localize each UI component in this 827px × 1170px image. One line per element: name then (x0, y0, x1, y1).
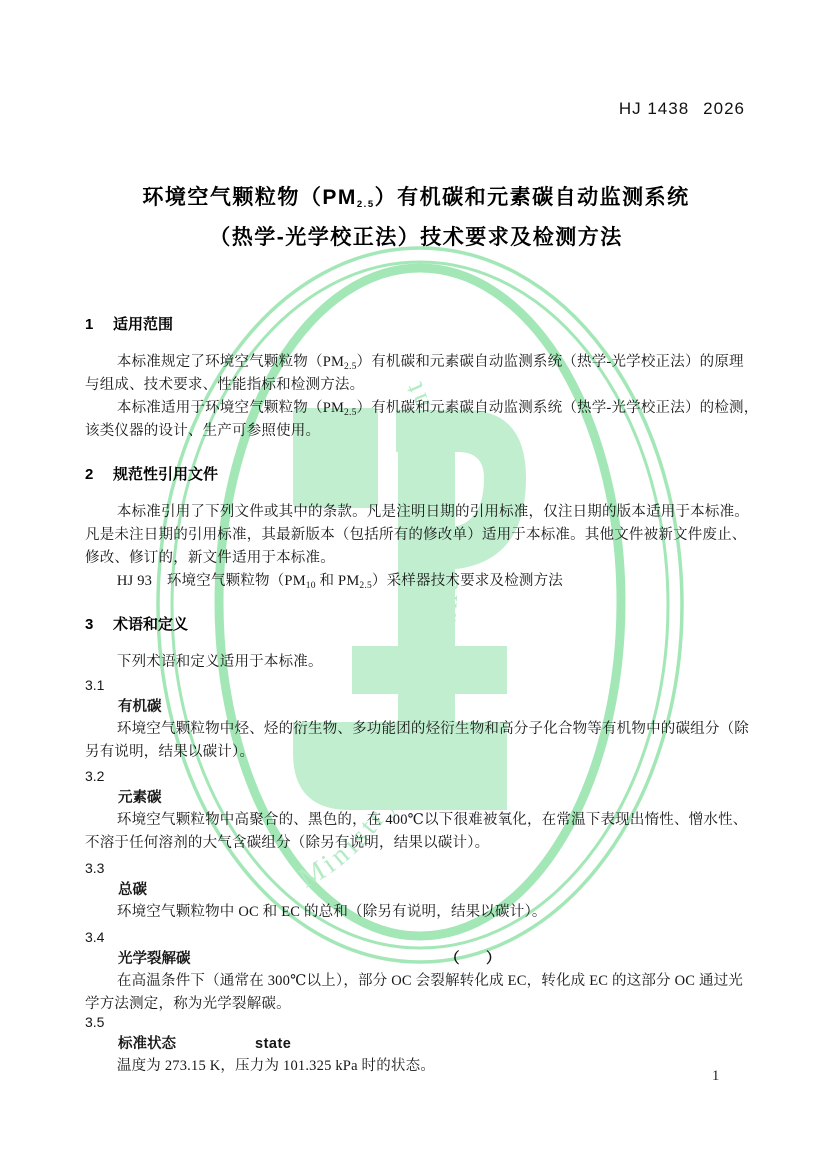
section-3-title: 术语和定义 (113, 616, 188, 633)
term-definition-line: 温度为 273.15 K，压力为 101.325 kPa 时的状态。 (85, 1055, 747, 1078)
paragraph-line: 与组成、技术要求、性能指标和检测方法。 (85, 374, 747, 397)
paragraph-line: 修改、修订的，新文件适用于本标准。 (85, 547, 747, 570)
section-1-title: 适用范围 (113, 316, 173, 333)
term-name: 标准状态state (85, 1033, 747, 1055)
term-definition-line: 不溶于任何溶剂的大气含碳组分（除另有说明，结果以碳计）。 (85, 832, 747, 855)
standard-no-text: HJ 1438 (619, 99, 689, 118)
section-2-reference: HJ 93 环境空气颗粒物（PM10 和 PM2.5）采样器技术要求及检测方法 (85, 570, 747, 593)
section-3-heading: 3术语和定义 (85, 613, 747, 634)
document-page: Ministry of Ecology and Environment HJ 1… (0, 0, 827, 1170)
paragraph-line: 下列术语和定义适用于本标准。 (85, 651, 747, 674)
section-2-paragraph-1: 本标准引用了下列文件或其中的条款。凡是注明日期的引用标准，仅注日期的版本适用于本… (85, 501, 747, 570)
term-3-1: 3.1 有机碳 环境空气颗粒物中烃、烃的衍生物、多功能团的烃衍生物和高分子化合物… (85, 674, 747, 764)
standard-year: 2026 (703, 99, 745, 118)
term-name: 元素碳 (85, 787, 747, 809)
term-number: 3.2 (85, 765, 747, 787)
term-definition-line: 环境空气颗粒物中 OC 和 EC 的总和（除另有说明，结果以碳计）。 (85, 901, 747, 924)
section-1-paragraph-2: 本标准适用于环境空气颗粒物（PM2.5）有机碳和元素碳自动监测系统（热学-光学校… (85, 397, 747, 443)
term-name-text: 元素碳 (118, 790, 162, 806)
term-number: 3.1 (85, 674, 747, 696)
term-name: 有机碳 (85, 696, 747, 718)
section-2-heading: 2规范性引用文件 (85, 463, 747, 484)
document-title-line1: 环境空气颗粒物（PM2.5）有机碳和元素碳自动监测系统 (85, 181, 747, 211)
term-definition-line: 环境空气颗粒物中烃、烃的衍生物、多功能团的烃衍生物和高分子化合物等有机物中的碳组… (85, 718, 747, 741)
term-number: 3.4 (85, 926, 747, 948)
term-name-text: 光学裂解碳 (118, 951, 191, 967)
term-definition-line: 在高温条件下（通常在 300℃以上），部分 OC 会裂解转化成 EC，转化成 E… (85, 970, 747, 993)
paragraph-line: 本标准规定了环境空气颗粒物（PM2.5）有机碳和元素碳自动监测系统（热学-光学校… (85, 351, 747, 374)
term-extra-label: （ ） (445, 948, 507, 970)
term-extra-label: state (255, 1033, 291, 1055)
term-3-3: 3.3 总碳 环境空气颗粒物中 OC 和 EC 的总和（除另有说明，结果以碳计）… (85, 857, 747, 924)
page-number: 1 (712, 1068, 719, 1085)
paragraph-line: 该类仪器的设计、生产可参照使用。 (85, 420, 747, 443)
term-3-2: 3.2 元素碳 环境空气颗粒物中高聚合的、黑色的，在 400℃以下很难被氧化，在… (85, 765, 747, 855)
term-number: 3.3 (85, 857, 747, 879)
paragraph-line: 本标准适用于环境空气颗粒物（PM2.5）有机碳和元素碳自动监测系统（热学-光学校… (85, 397, 747, 420)
term-definition-line: 另有说明，结果以碳计）。 (85, 741, 747, 764)
term-3-5: 3.5 标准状态state 温度为 273.15 K，压力为 101.325 k… (85, 1011, 747, 1078)
term-name-text: 标准状态 (118, 1036, 176, 1052)
section-2-title: 规范性引用文件 (113, 466, 218, 483)
term-definition-line: 环境空气颗粒物中高聚合的、黑色的，在 400℃以下很难被氧化，在常温下表现出惰性… (85, 809, 747, 832)
document-title-line2: （热学-光学校正法）技术要求及检测方法 (85, 221, 747, 251)
section-3-number: 3 (85, 616, 99, 633)
section-2-number: 2 (85, 466, 99, 483)
term-number: 3.5 (85, 1011, 747, 1033)
term-name: 总碳 (85, 879, 747, 901)
standard-number: HJ 14382026 (619, 99, 745, 119)
paragraph-line: 本标准引用了下列文件或其中的条款。凡是注明日期的引用标准，仅注日期的版本适用于本… (85, 501, 747, 524)
term-name-text: 有机碳 (118, 699, 162, 715)
section-1-number: 1 (85, 316, 99, 333)
term-name-text: 总碳 (118, 882, 147, 898)
section-1-paragraph-1: 本标准规定了环境空气颗粒物（PM2.5）有机碳和元素碳自动监测系统（热学-光学校… (85, 351, 747, 397)
section-3-intro: 下列术语和定义适用于本标准。 (85, 651, 747, 674)
section-1-heading: 1适用范围 (85, 313, 747, 334)
term-name: 光学裂解碳（ ） (85, 948, 747, 970)
paragraph-line: 凡是未注日期的引用标准，其最新版本（包括所有的修改单）适用于本标准。其他文件被新… (85, 524, 747, 547)
reference-line: HJ 93 环境空气颗粒物（PM10 和 PM2.5）采样器技术要求及检测方法 (85, 570, 747, 593)
term-3-4: 3.4 光学裂解碳（ ） 在高温条件下（通常在 300℃以上），部分 OC 会裂… (85, 926, 747, 1016)
